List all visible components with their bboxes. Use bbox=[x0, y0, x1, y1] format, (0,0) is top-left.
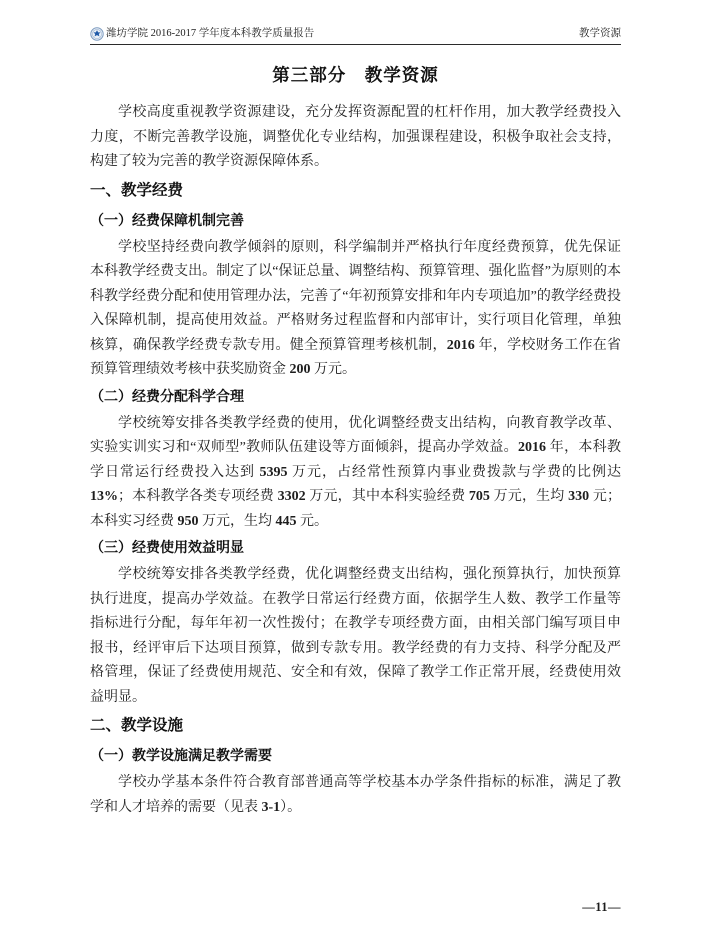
facilities-paragraph: 学校办学基本条件符合教育部普通高等学校基本办学条件指标的标准，满足了教学和人才培… bbox=[90, 771, 621, 820]
university-logo-icon bbox=[90, 27, 104, 41]
page-title: 第三部分 教学资源 bbox=[90, 63, 621, 87]
header-doc-title: 潍坊学院 2016-2017 学年度本科教学质量报告 bbox=[106, 26, 314, 41]
subsection-heading-funding-allocation: （二）经费分配科学合理 bbox=[90, 387, 621, 406]
section-heading-teaching-funds: 一、教学经费 bbox=[90, 180, 621, 201]
funding-allocation-paragraph: 学校统筹安排各类教学经费的使用，优化调整经费支出结构，向教育教学改革、实验实训实… bbox=[90, 412, 621, 535]
header-left: 潍坊学院 2016-2017 学年度本科教学质量报告 bbox=[90, 26, 314, 41]
header-section-label: 教学资源 bbox=[579, 26, 621, 41]
subsection-heading-funding-guarantee: （一）经费保障机制完善 bbox=[90, 211, 621, 230]
funding-efficiency-paragraph: 学校统筹安排各类教学经费，优化调整经费支出结构，强化预算执行，加快预算执行进度，… bbox=[90, 563, 621, 710]
report-page: 潍坊学院 2016-2017 学年度本科教学质量报告 教学资源 第三部分 教学资… bbox=[0, 0, 709, 945]
subsection-heading-facilities-meet-needs: （一）教学设施满足教学需要 bbox=[90, 746, 621, 765]
section-heading-teaching-facilities: 二、教学设施 bbox=[90, 715, 621, 736]
intro-paragraph: 学校高度重视教学资源建设，充分发挥资源配置的杠杆作用，加大教学经费投入力度，不断… bbox=[90, 101, 621, 175]
funding-guarantee-paragraph: 学校坚持经费向教学倾斜的原则，科学编制并严格执行年度经费预算，优先保证本科教学经… bbox=[90, 236, 621, 383]
page-header: 潍坊学院 2016-2017 学年度本科教学质量报告 教学资源 bbox=[90, 26, 621, 41]
subsection-heading-funding-efficiency: （三）经费使用效益明显 bbox=[90, 538, 621, 557]
footer-page-number: —11— bbox=[582, 900, 621, 915]
header-rule bbox=[90, 44, 621, 45]
